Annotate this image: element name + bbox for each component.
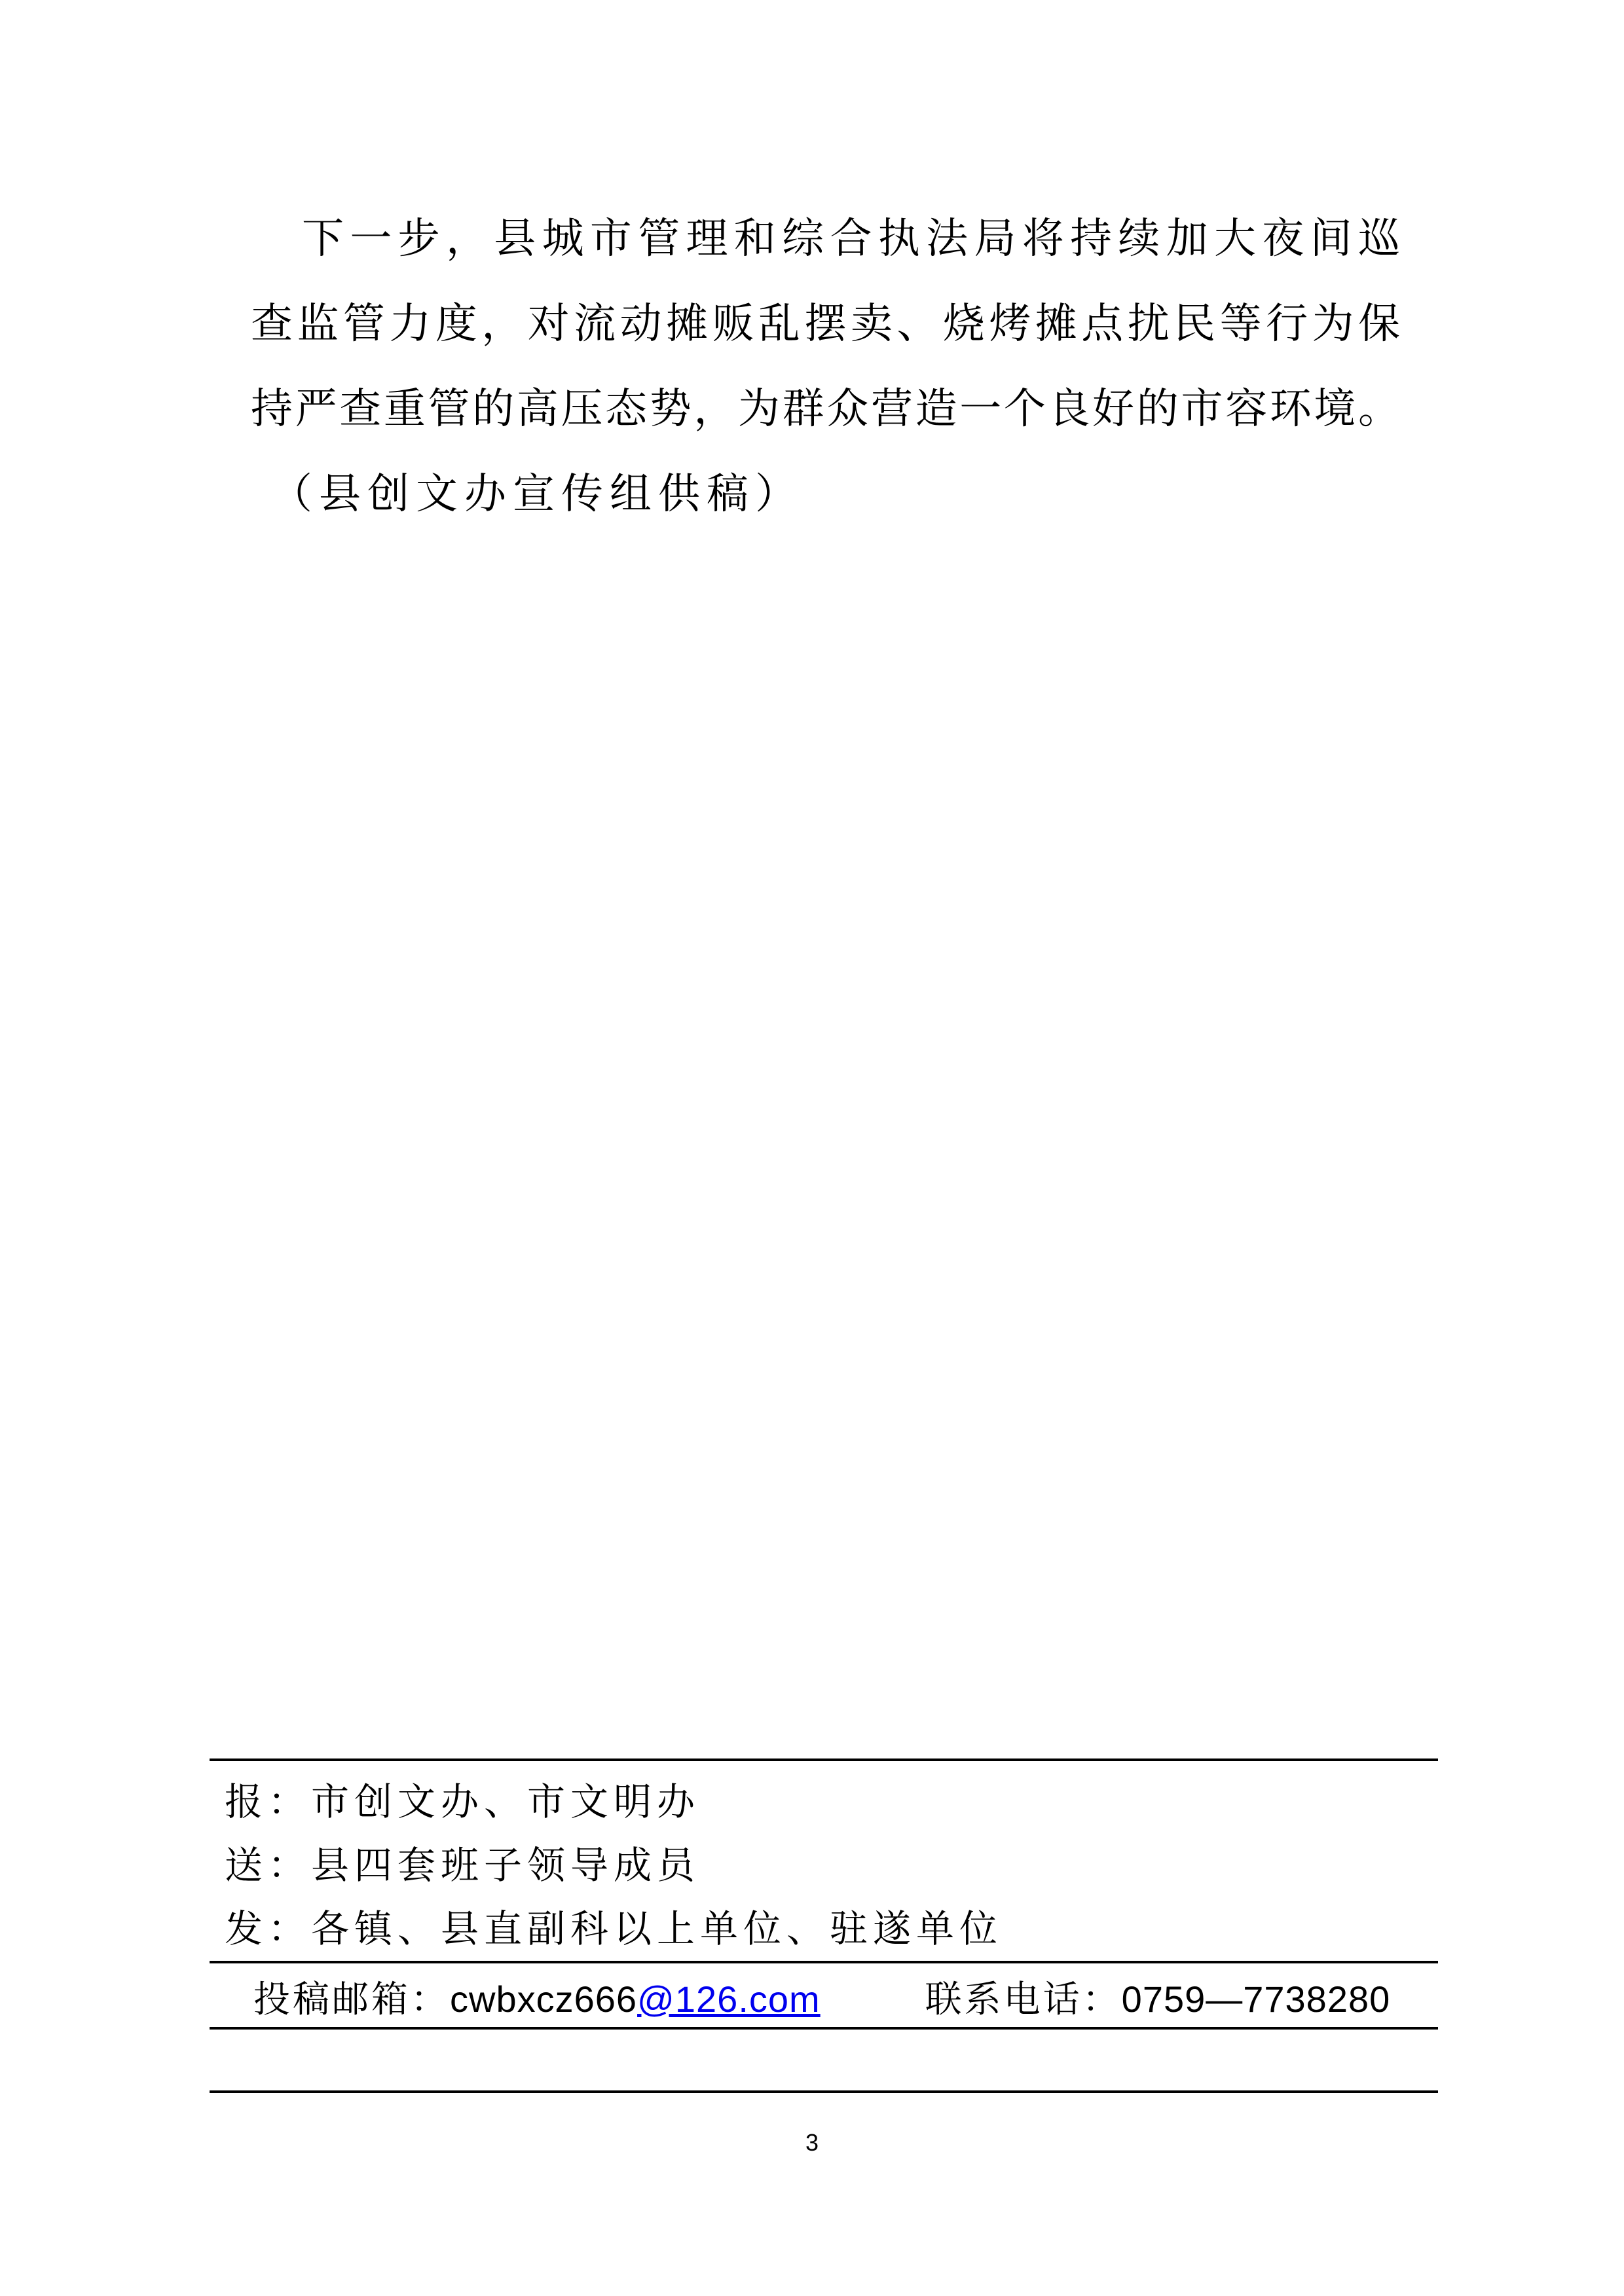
email-user-text: cwbxcz666 xyxy=(450,1978,637,2020)
phone-label: 联系电话： xyxy=(925,1978,1122,2021)
body-line-4: （县创文办宣传组供稿） xyxy=(251,452,1401,537)
distribution-send-line: 送：县四套班子领导成员 xyxy=(225,1834,1438,1897)
distribution-list: 报：市创文办、市文明办 送：县四套班子领导成员 发：各镇、县直副科以上单位、驻遂… xyxy=(225,1770,1438,1961)
footer-middle-rule xyxy=(210,1961,1438,1963)
body-line-2: 查监管力度，对流动摊贩乱摆卖、烧烤摊点扰民等行为保 xyxy=(251,282,1401,367)
email-domain-link[interactable]: @126.com xyxy=(637,1978,821,2020)
body-line-1: 下一步，县城市管理和综合执法局将持续加大夜间巡 xyxy=(251,196,1401,282)
page-number: 3 xyxy=(0,2126,1624,2159)
distribution-report-line: 报：市创文办、市文明办 xyxy=(225,1770,1438,1834)
body-paragraph: 下一步，县城市管理和综合执法局将持续加大夜间巡 查监管力度，对流动摊贩乱摆卖、烧… xyxy=(251,196,1401,537)
footer-top-rule xyxy=(210,1758,1438,1761)
footer-contact-bottom-rule xyxy=(210,2027,1438,2030)
phone-number: 0759—7738280 xyxy=(1122,1978,1391,2020)
document-page: 下一步，县城市管理和综合执法局将持续加大夜间巡 查监管力度，对流动摊贩乱摆卖、烧… xyxy=(0,0,1624,2296)
distribution-issue-line: 发：各镇、县直副科以上单位、驻遂单位 xyxy=(225,1897,1438,1961)
body-line-3: 持严查重管的高压态势，为群众营造一个良好的市容环境。 xyxy=(251,367,1401,452)
footer-bottom-rule xyxy=(210,2090,1438,2093)
email-label: 投稿邮箱： xyxy=(253,1978,450,2021)
contact-line: 投稿邮箱：cwbxcz666@126.com联系电话：0759—7738280 xyxy=(253,1972,1438,2027)
